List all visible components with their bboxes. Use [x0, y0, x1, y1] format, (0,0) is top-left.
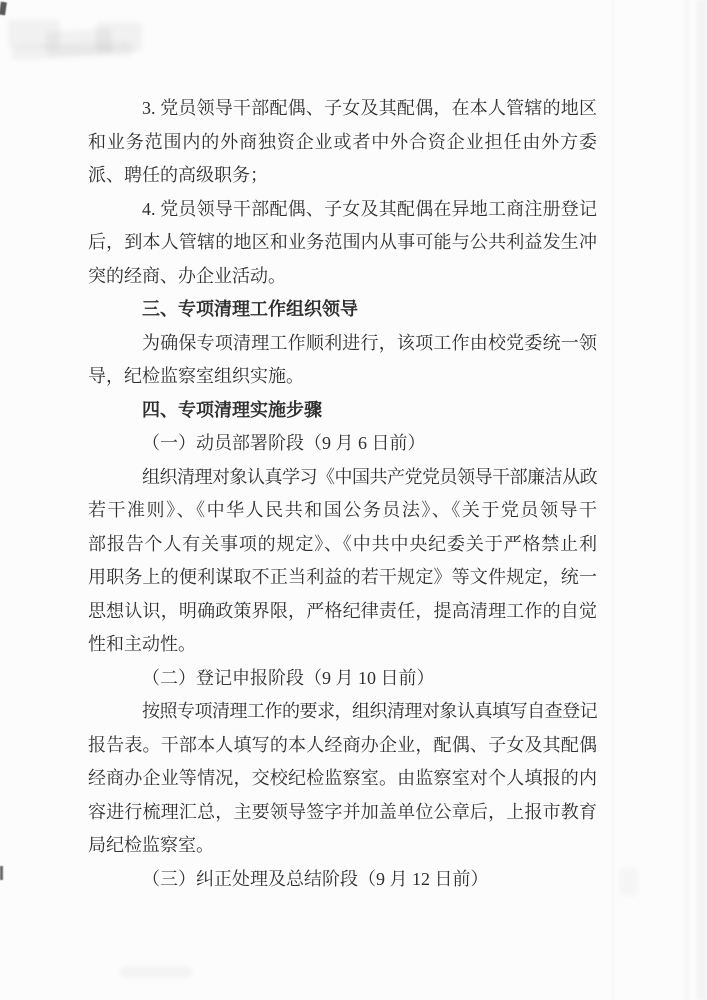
text-line: 和业务范围内的外商独资企业或者中外合资企业担任由外方委 [88, 126, 597, 160]
scanned-document-page: 3. 党员领导干部配偶、子女及其配偶，在本人管辖的地区和业务范围内的外商独资企业… [0, 0, 707, 1000]
text-line: 若干准则》、《中华人民共和国公务员法》、《关于党员领导干 [88, 494, 597, 528]
text-line: 局纪检监察室。 [88, 829, 597, 863]
text-line: 容进行梳理汇总，主要领导签字并加盖单位公章后，上报市教育 [88, 796, 597, 830]
text-line: 部报告个人有关事项的规定》、《中共中央纪委关于严格禁止利 [88, 528, 597, 562]
text-line: 经商办企业等情况，交校纪检监察室。由监察室对个人填报的内 [88, 762, 597, 796]
text-line: 性和主动性。 [88, 628, 597, 662]
text-line: 派、聘任的高级职务； [88, 159, 597, 193]
text-line: 报告表。干部本人填写的本人经商办企业，配偶、子女及其配偶 [88, 729, 597, 763]
text-line: 3. 党员领导干部配偶、子女及其配偶，在本人管辖的地区 [88, 92, 597, 126]
scan-bleedthrough-smudge [120, 966, 192, 978]
text-line: 为确保专项清理工作顺利进行，该项工作由校党委统一领 [88, 327, 597, 361]
text-line: 4. 党员领导干部配偶、子女及其配偶在异地工商注册登记 [88, 193, 597, 227]
scan-edge-mark [0, 866, 3, 880]
scan-bleedthrough-smudge [12, 42, 132, 60]
text-line: 用职务上的便利谋取不正当利益的若干规定》等文件规定，统一 [88, 561, 597, 595]
scan-bleedthrough-smudge [620, 868, 638, 896]
text-line: 思想认识，明确政策界限，严格纪律责任，提高清理工作的自觉 [88, 595, 597, 629]
scan-bleedthrough-smudge [45, 28, 112, 55]
document-body: 3. 党员领导干部配偶、子女及其配偶，在本人管辖的地区和业务范围内的外商独资企业… [88, 92, 597, 896]
scan-streak [612, 0, 614, 1000]
text-line: （二）登记申报阶段（9 月 10 日前） [88, 662, 597, 696]
section-heading: 四、专项清理实施步骤 [88, 394, 597, 428]
scan-bleedthrough-smudge [8, 20, 60, 48]
text-line: （一）动员部署阶段（9 月 6 日前） [88, 427, 597, 461]
text-line: 组织清理对象认真学习《中国共产党党员领导干部廉洁从政 [88, 461, 597, 495]
text-line: （三）纠正处理及总结阶段（9 月 12 日前） [88, 863, 597, 897]
section-heading: 三、专项清理工作组织领导 [88, 293, 597, 327]
text-line: 导，纪检监察室组织实施。 [88, 360, 597, 394]
scan-bleedthrough-smudge [96, 22, 142, 52]
scan-corner-mark [0, 2, 7, 16]
text-line: 后，到本人管辖的地区和业务范围内从事可能与公共利益发生冲 [88, 226, 597, 260]
text-line: 突的经商、办企业活动。 [88, 260, 597, 294]
scan-streak [697, 0, 707, 1000]
scan-streak [684, 0, 689, 1000]
text-line: 按照专项清理工作的要求，组织清理对象认真填写自查登记 [88, 695, 597, 729]
